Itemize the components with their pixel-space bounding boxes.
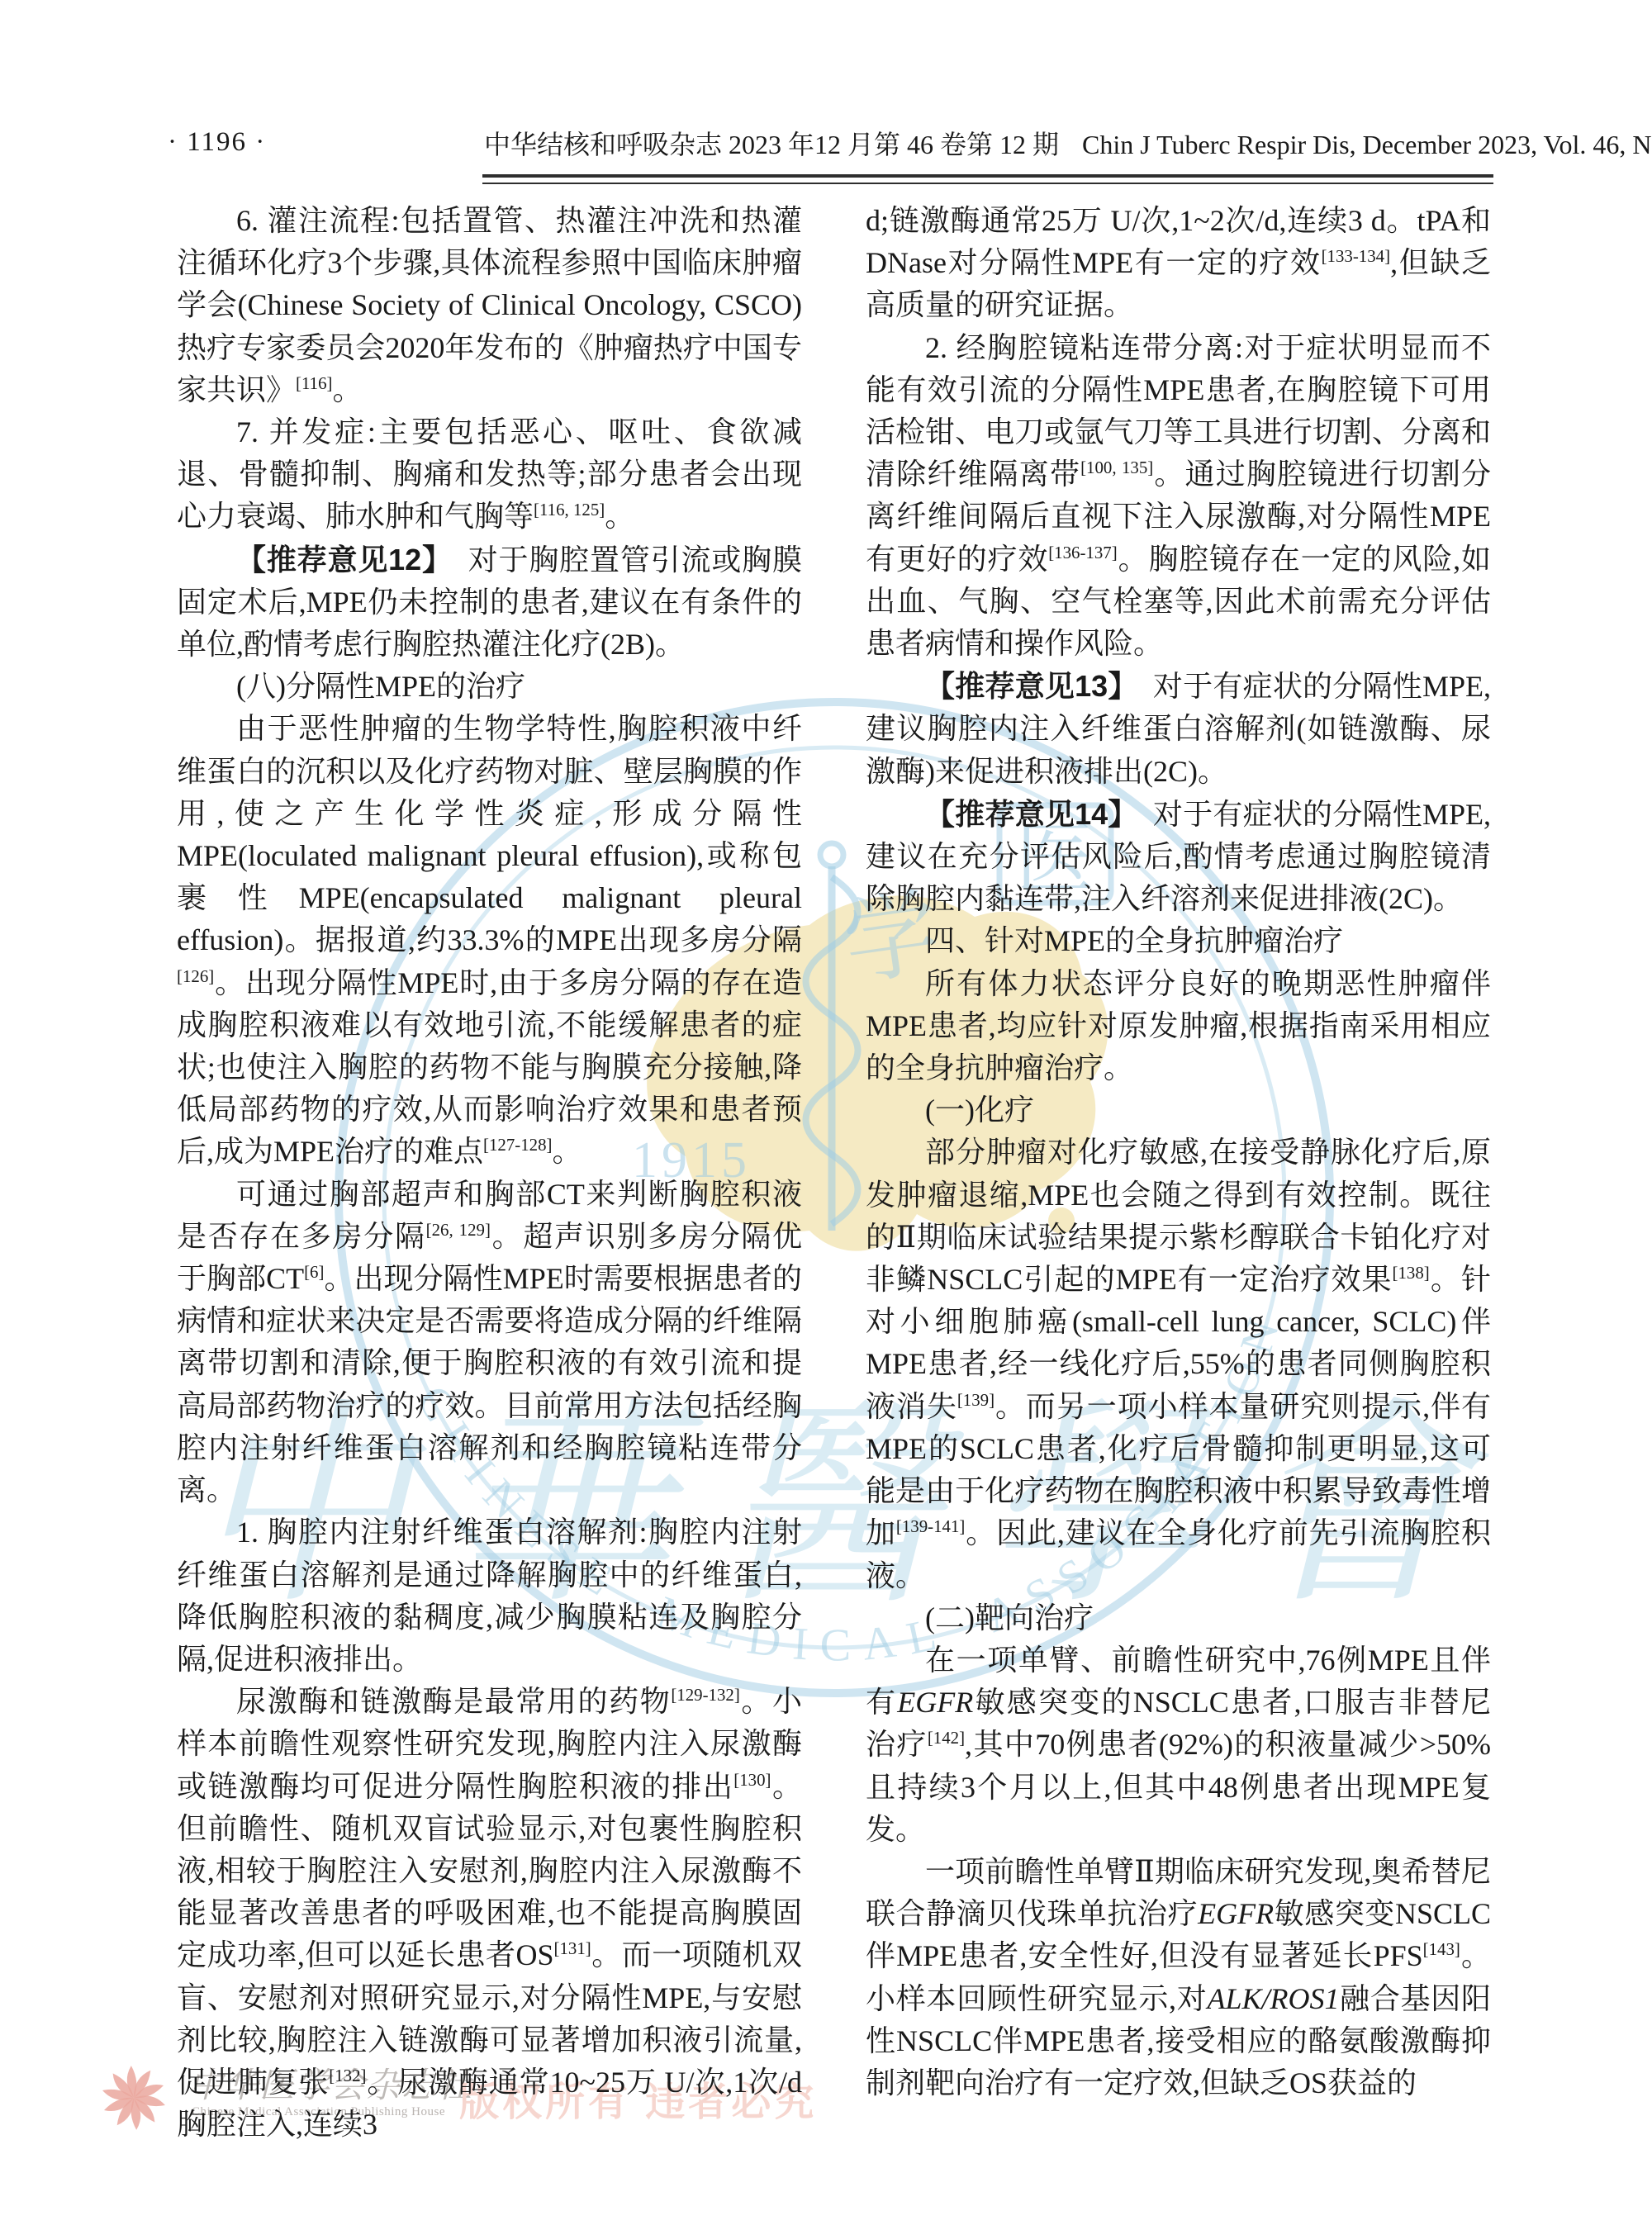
paragraph: (八)分隔性MPE的治疗 bbox=[177, 666, 802, 708]
paragraph: 所有体力状态评分良好的晚期恶性肿瘤伴MPE患者,均应针对原发肿瘤,根据指南采用相… bbox=[866, 963, 1491, 1090]
reference-superscript: [127-128] bbox=[483, 1135, 552, 1155]
reference-superscript: [116] bbox=[296, 373, 332, 393]
text-run: EGFR bbox=[1198, 1897, 1274, 1930]
paragraph: 【推荐意见12】 对于胸腔置管引流或胸膜固定术后,MPE仍未控制的患者,建议在有… bbox=[177, 538, 802, 667]
journal-header: 中华结核和呼吸杂志 2023 年12 月第 46 卷第 12 期Chin J T… bbox=[484, 124, 1508, 162]
paragraph: 可通过胸部超声和胸部CT来判断胸腔积液是否存在多房分隔[26, 129]。超声识… bbox=[177, 1174, 802, 1512]
text-run: 6. 灌注流程:包括置管、热灌注冲洗和热灌注循环化疗3个步骤,具体流程参照中国临… bbox=[177, 204, 802, 406]
text-run: 1. 胸腔内注射纤维蛋白溶解剂:胸腔内注射纤维蛋白溶解剂是通过降解胸腔中的纤维蛋… bbox=[177, 1516, 802, 1676]
publisher-flower-icon bbox=[102, 2066, 165, 2130]
paragraph: 【推荐意见13】 对于有症状的分隔性MPE,建议胸腔内注入纤维蛋白溶解剂(如链激… bbox=[866, 665, 1491, 793]
paragraph: (二)靶向治疗 bbox=[866, 1597, 1491, 1639]
paragraph: 四、针对MPE的全身抗肿瘤治疗 bbox=[866, 920, 1491, 962]
text-run: 。 bbox=[605, 500, 634, 533]
journal-page: { "page": { "number_display": "· 1196 ·"… bbox=[0, 0, 1652, 2225]
text-run: 四、针对MPE的全身抗肿瘤治疗 bbox=[925, 924, 1343, 957]
text-run: 尿激酶和链激酶是最常用的药物 bbox=[236, 1685, 671, 1718]
paragraph: 部分肿瘤对化疗敏感,在接受静脉化疗后,原发肿瘤退缩,MPE也会随之得到有效控制。… bbox=[866, 1131, 1491, 1596]
staff-head bbox=[820, 843, 843, 866]
left-column: 6. 灌注流程:包括置管、热灌注冲洗和热灌注循环化疗3个步骤,具体流程参照中国临… bbox=[177, 200, 802, 2146]
reference-superscript: [129-132] bbox=[671, 1685, 739, 1705]
text-run: (二)靶向治疗 bbox=[925, 1601, 1094, 1634]
paragraph: 7. 并发症:主要包括恶心、呕吐、食欲减退、骨髓抑制、胸痛和发热等;部分患者会出… bbox=[177, 411, 802, 538]
text-run: 。出现分隔性MPE时需要根据患者的病情和症状来决定是否需要将造成分隔的纤维隔离带… bbox=[177, 1262, 802, 1506]
reference-superscript: [130] bbox=[733, 1770, 771, 1790]
reference-superscript: [138] bbox=[1393, 1263, 1430, 1283]
reference-superscript: [143] bbox=[1423, 1939, 1460, 1959]
reference-superscript: [6] bbox=[304, 1262, 324, 1282]
reference-superscript: [139] bbox=[957, 1390, 995, 1410]
page-number: · 1196 · bbox=[168, 127, 266, 158]
text-run: 。 bbox=[332, 373, 362, 406]
paragraph: 由于恶性肿瘤的生物学特性,胸腔积液中纤维蛋白的沉积以及化疗药物对脏、壁层胸膜的作… bbox=[177, 708, 802, 1173]
reference-superscript: [132] bbox=[329, 2066, 366, 2085]
paragraph: 6. 灌注流程:包括置管、热灌注冲洗和热灌注循环化疗3个步骤,具体流程参照中国临… bbox=[177, 200, 802, 411]
reference-superscript: [100, 135] bbox=[1080, 458, 1153, 477]
paragraph: 2. 经胸腔镜粘连带分离:对于症状明显而不能有效引流的分隔性MPE患者,在胸腔镜… bbox=[866, 327, 1491, 666]
reference-superscript: [26, 129] bbox=[426, 1220, 491, 1240]
text-run: ALK/ROS1 bbox=[1207, 1982, 1339, 2015]
recommendation-label: 【推荐意见14】 bbox=[925, 797, 1123, 831]
recommendation-label: 【推荐意见12】 bbox=[236, 543, 438, 576]
right-column: d;链激酶通常25万 U/次,1~2次/d,连续3 d。tPA和DNase对分隔… bbox=[866, 200, 1491, 2104]
journal-title-en: Chin J Tuberc Respir Dis, December 2023,… bbox=[1082, 130, 1652, 159]
text-run: 7. 并发症:主要包括恶心、呕吐、食欲减退、骨髓抑制、胸痛和发热等;部分患者会出… bbox=[177, 415, 802, 533]
text-run: 由于恶性肿瘤的生物学特性,胸腔积液中纤维蛋白的沉积以及化疗药物对脏、壁层胸膜的作… bbox=[177, 712, 802, 956]
paragraph: 一项前瞻性单臂Ⅱ期临床研究发现,奥希替尼联合静滴贝伐珠单抗治疗EGFR敏感突变N… bbox=[866, 1851, 1491, 2104]
paragraph: (一)化疗 bbox=[866, 1089, 1491, 1131]
paragraph: 尿激酶和链激酶是最常用的药物[129-132]。小样本前瞻性观察性研究发现,胸腔… bbox=[177, 1681, 802, 2146]
header-rule-thin bbox=[482, 183, 1493, 184]
text-run: (八)分隔性MPE的治疗 bbox=[236, 670, 525, 703]
text-run: (一)化疗 bbox=[925, 1094, 1034, 1127]
text-run: 。 bbox=[553, 1135, 582, 1168]
reference-superscript: [136-137] bbox=[1048, 543, 1117, 562]
paragraph: 【推荐意见14】 对于有症状的分隔性MPE,建议在充分评估风险后,酌情考虑通过胸… bbox=[866, 793, 1491, 921]
reference-superscript: [139-141] bbox=[896, 1516, 965, 1536]
reference-superscript: [126] bbox=[177, 966, 214, 986]
reference-superscript: [116, 125] bbox=[534, 500, 605, 519]
reference-superscript: [142] bbox=[928, 1728, 965, 1748]
text-run: EGFR bbox=[897, 1686, 973, 1719]
recommendation-label: 【推荐意见13】 bbox=[925, 669, 1123, 703]
paragraph: d;链激酶通常25万 U/次,1~2次/d,连续3 d。tPA和DNase对分隔… bbox=[866, 200, 1491, 327]
paragraph: 在一项单臂、前瞻性研究中,76例MPE且伴有EGFR敏感突变的NSCLC患者,口… bbox=[866, 1639, 1491, 1851]
reference-superscript: [133-134] bbox=[1322, 246, 1390, 266]
journal-title-cn: 中华结核和呼吸杂志 2023 年12 月第 46 卷第 12 期 bbox=[484, 130, 1059, 159]
paragraph: 1. 胸腔内注射纤维蛋白溶解剂:胸腔内注射纤维蛋白溶解剂是通过降解胸腔中的纤维蛋… bbox=[177, 1511, 802, 1681]
header-rule-thick bbox=[482, 174, 1493, 178]
text-run: 所有体力状态评分良好的晚期恶性肿瘤伴MPE患者,均应针对原发肿瘤,根据指南采用相… bbox=[866, 967, 1491, 1084]
reference-superscript: [131] bbox=[554, 1938, 591, 1958]
